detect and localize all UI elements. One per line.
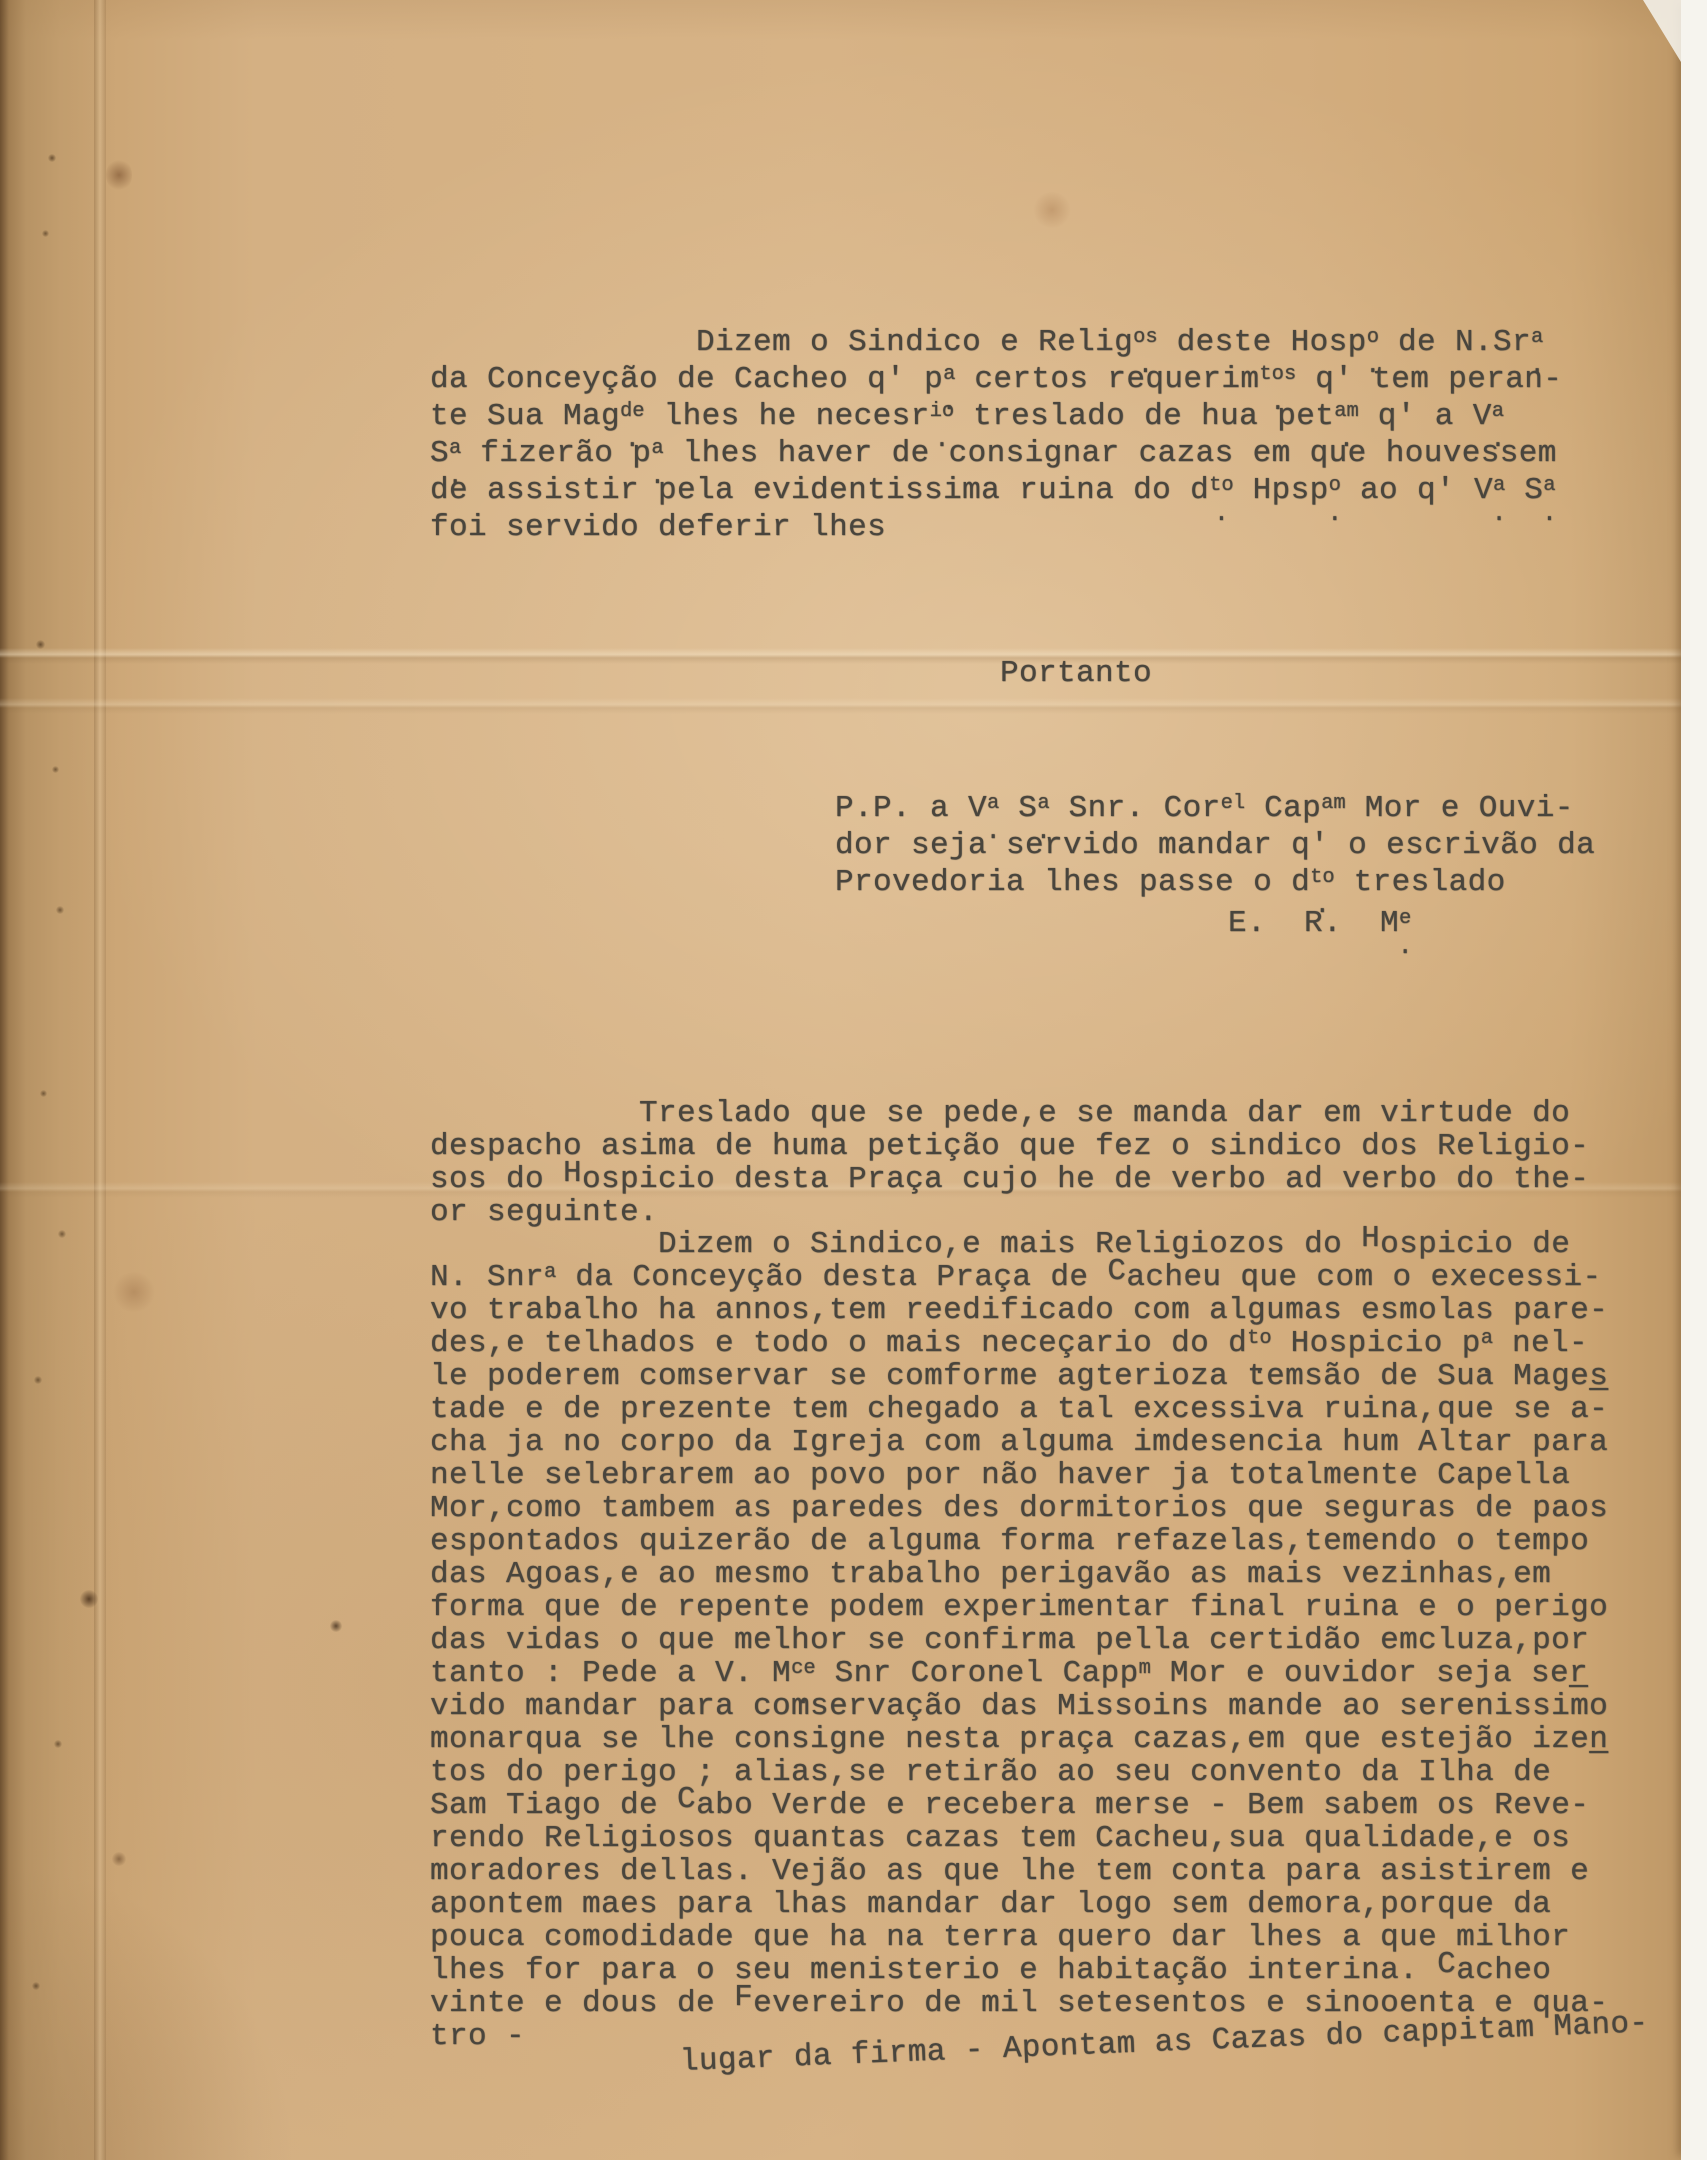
text-line: dor seja servido mandar q' o escrivão da	[835, 827, 1595, 864]
superscript-abbreviation: a.	[1531, 328, 1543, 348]
text-line: vido mandar para comservação das Missoin…	[430, 1690, 1608, 1723]
signoff-erm: E. R. Me.	[1228, 905, 1411, 942]
underlined-text: r	[1569, 1656, 1588, 1691]
underlined-text: n	[1589, 1722, 1608, 1757]
superscript-abbreviation: a.	[1543, 476, 1555, 496]
text-line: de assistir pela evidentissima ruina do …	[430, 472, 1562, 509]
superscript-abbreviation: am.	[1334, 402, 1359, 422]
text-line: moradores dellas. Vejão as que lhe tem c…	[430, 1855, 1608, 1888]
text-line: rendo Religiosos quantas cazas tem Cache…	[430, 1822, 1608, 1855]
horizontal-fold-crease	[0, 648, 1681, 664]
text-line: pouca comodidade que ha na terra quero d…	[430, 1921, 1608, 1954]
text-line: N. Snra. da Conceyção desta Praça de Cac…	[430, 1261, 1608, 1294]
superscript-abbreviation: a.	[651, 439, 663, 459]
text-line: or seguinte.	[430, 1196, 1589, 1229]
superscript-abbreviation: to.	[1209, 476, 1234, 496]
superscript-abbreviation: a.	[449, 439, 461, 459]
superscript-abbreviation: a.	[987, 794, 999, 814]
superscript-abbreviation: os.	[1133, 328, 1158, 348]
superscript-abbreviation: tos.	[1259, 365, 1296, 385]
paper-stain	[112, 1852, 126, 1866]
underlined-text: s	[1589, 1359, 1608, 1394]
superscript-abbreviation: a.	[544, 1263, 556, 1283]
superscript-abbreviation: a.	[1492, 402, 1504, 422]
text-line: lhes for para o seu menisterio e habitaç…	[430, 1954, 1608, 1987]
text-line: te Sua Magde. lhes he necesrio. treslado…	[430, 398, 1562, 435]
page-top-right-corner	[1643, 0, 1681, 62]
text-line: nelle selebrarem ao povo por não haver j…	[430, 1459, 1608, 1492]
paragraph-petition-request: P.P. a Va. Sa. Snr. Corel Capam Mor e Ou…	[835, 790, 1595, 901]
text-line: despacho asima de huma petição que fez o…	[430, 1130, 1589, 1163]
paper-stain	[1032, 192, 1072, 228]
paper-stain	[330, 1620, 342, 1632]
text-line: des,e telhados e todo o mais neceçario d…	[430, 1327, 1608, 1360]
superscript-abbreviation: a.	[943, 365, 955, 385]
text-line: sos do Hospicio desta Praça cujo he de v…	[430, 1163, 1589, 1196]
paragraph-treslado-intro: Treslado que se pede,e se manda dar em v…	[430, 1097, 1589, 1229]
superscript-abbreviation: a.	[1481, 1329, 1493, 1349]
text-line: forma que de repente podem experimentar …	[430, 1591, 1608, 1624]
superscript-abbreviation: m	[1139, 1659, 1151, 1679]
superscript-abbreviation: ce.	[791, 1659, 816, 1679]
superscript-abbreviation: io.	[930, 402, 955, 422]
text-line: da Conceyção de Cacheo q' pa. certos req…	[430, 361, 1562, 398]
text-line: vo trabalho ha annos,tem reedificado com…	[430, 1294, 1608, 1327]
text-line: tade e de prezente tem chegado a tal exc…	[430, 1393, 1608, 1426]
superscript-abbreviation: e.	[1399, 909, 1411, 929]
superscript-abbreviation: o.	[1367, 328, 1379, 348]
raised-letter: C	[1437, 1947, 1456, 1982]
text-line: tos do perigo ; alias,se retirão ao seu …	[430, 1756, 1608, 1789]
superscript-abbreviation: a.	[1493, 476, 1505, 496]
raised-letter: H	[1361, 1221, 1380, 1256]
superscript-abbreviation: to.	[1247, 1329, 1272, 1349]
raised-letter: H	[563, 1156, 582, 1191]
text-line: le poderem comservar se comforme agterio…	[430, 1360, 1608, 1393]
superscript-abbreviation: a.	[1037, 794, 1049, 814]
text-line: Sa. fizerão pa. lhes haver de consignar …	[430, 435, 1562, 472]
text-line: monarqua se lhe consigne nesta praça caz…	[430, 1723, 1608, 1756]
raised-letter: C	[1107, 1254, 1126, 1289]
superscript-abbreviation: el	[1221, 794, 1246, 814]
text-line: tanto : Pede a V. Mce. Snr Coronel Cappm…	[430, 1657, 1608, 1690]
heading-portanto: Portanto	[1000, 655, 1152, 692]
horizontal-fold-crease	[0, 698, 1681, 714]
text-line: foi servido deferir lhes	[430, 509, 1562, 546]
raised-letter: C	[677, 1782, 696, 1817]
raised-letter: F	[734, 1980, 753, 2015]
text-line: apontem maes para lhas mandar dar logo s…	[430, 1888, 1608, 1921]
text-line: espontados quizerão de alguma forma refa…	[430, 1525, 1608, 1558]
paper-stain	[112, 1272, 156, 1312]
text-line: cha ja no corpo da Igreja com alguma imd…	[430, 1426, 1608, 1459]
scan-background-strip	[1681, 0, 1707, 2160]
text-line: Sam Tiago de Cabo Verde e recebera merse…	[430, 1789, 1608, 1822]
text-line: Provedoria lhes passe o dto. treslado	[835, 864, 1595, 901]
text-line: Dizem o Sindico e Religos. deste Hospo. …	[430, 324, 1562, 361]
superscript-abbreviation: am	[1321, 794, 1346, 814]
text-line: Mor,como tambem as paredes des dormitori…	[430, 1492, 1608, 1525]
text-line: das vidas o que melhor se confirma pella…	[430, 1624, 1608, 1657]
left-fold-crease	[94, 0, 106, 2160]
superscript-abbreviation: o.	[1329, 476, 1341, 496]
text-line: Treslado que se pede,e se manda dar em v…	[430, 1097, 1589, 1130]
superscript-abbreviation: de.	[620, 402, 645, 422]
document-page: Dizem o Sindico e Religos. deste Hospo. …	[0, 0, 1707, 2160]
paragraph-petition-summary: Dizem o Sindico e Religos. deste Hospo. …	[430, 324, 1562, 546]
paragraph-peticao-transcript: Dizem o Sindico,e mais Religiozos do Hos…	[430, 1228, 1608, 2053]
text-line: das Agoas,e ao mesmo trabalho perigavão …	[430, 1558, 1608, 1591]
text-line: P.P. a Va. Sa. Snr. Corel Capam Mor e Ou…	[835, 790, 1595, 827]
text-line: Dizem o Sindico,e mais Religiozos do Hos…	[430, 1228, 1608, 1261]
superscript-abbreviation: to.	[1310, 868, 1335, 888]
